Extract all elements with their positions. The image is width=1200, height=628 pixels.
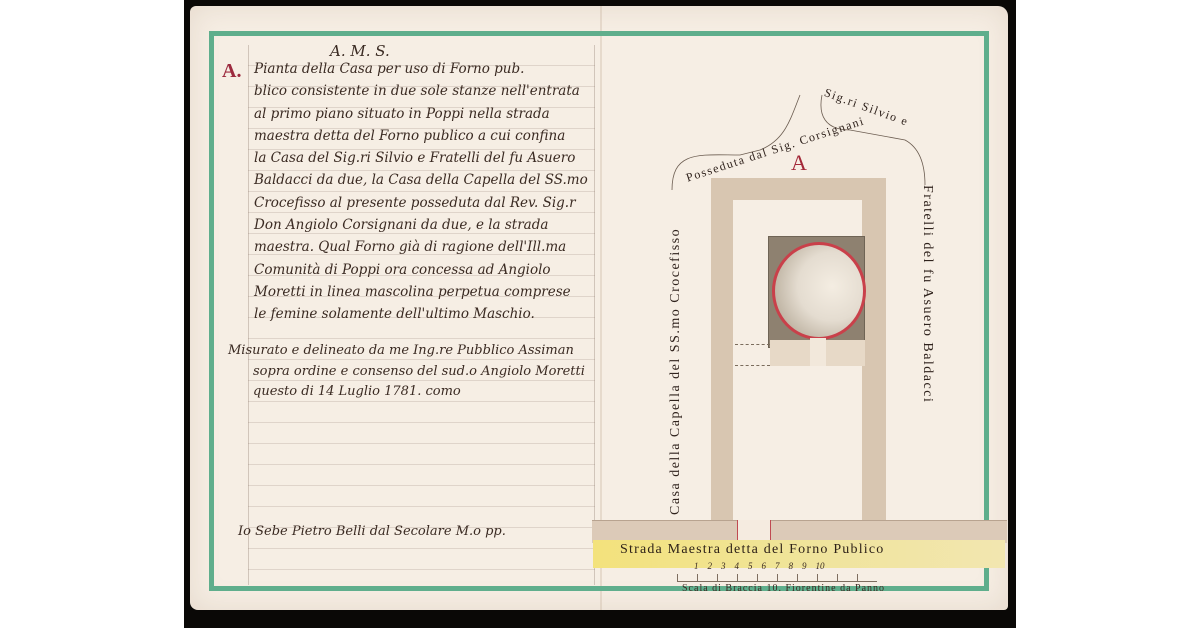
red-letter-marker: A. xyxy=(222,60,241,83)
scale-numbers: 1 2 3 4 5 6 7 8 9 10 xyxy=(694,561,825,571)
description-line: Comunità di Poppi ora concessa ad Angiol… xyxy=(254,259,584,281)
dotted-line xyxy=(735,344,770,345)
description-line: Crocefisso al presente posseduta dal Rev… xyxy=(254,192,584,214)
description-line: al primo piano situato in Poppi nella st… xyxy=(254,103,584,125)
scale-number: 5 xyxy=(748,561,753,571)
dotted-line xyxy=(735,365,770,366)
description-line: blico consistente in due sole stanze nel… xyxy=(254,80,584,102)
attestation-line: questo di 14 Luglio 1781. como xyxy=(228,382,588,403)
description-line: maestra. Qual Forno già di ragione dell'… xyxy=(254,236,584,258)
description-line: Moretti in linea mascolina perpetua comp… xyxy=(254,281,584,303)
scale-number: 2 xyxy=(708,561,713,571)
description-line: maestra detta del Forno publico a cui co… xyxy=(254,125,584,147)
attestation-line: sopra ordine e consenso del sud.o Angiol… xyxy=(228,362,588,383)
scale-number: 3 xyxy=(721,561,726,571)
label-baldacci: Fratelli del fu Asuero Baldacci xyxy=(919,185,935,403)
scale-number: 10 xyxy=(816,561,825,571)
scale-number: 4 xyxy=(735,561,740,571)
description-line: Don Angiolo Corsignani da due, e la stra… xyxy=(254,214,584,236)
description-line: Baldacci da due, la Casa della Capella d… xyxy=(254,169,584,191)
wall-right xyxy=(862,178,886,522)
street-label: Strada Maestra detta del Forno Publico xyxy=(620,542,885,558)
signature: Io Sebe Pietro Belli dal Secolare M.o pp… xyxy=(238,524,506,539)
scale-number: 1 xyxy=(694,561,699,571)
description-line: le femine solamente dell'ultimo Maschio. xyxy=(254,303,584,325)
attestation-paragraph: Misurato e delineato da me Ing.re Pubbli… xyxy=(228,341,588,403)
scale-number: 7 xyxy=(775,561,780,571)
plan-marker-a: A xyxy=(791,150,807,176)
oven-opening xyxy=(810,338,826,366)
description-line: la Casa del Sig.ri Silvio e Fratelli del… xyxy=(254,147,584,169)
scale-number: 6 xyxy=(762,561,767,571)
scale-bar xyxy=(677,574,877,582)
oven-circle xyxy=(772,242,866,340)
attestation-line: Misurato e delineato da me Ing.re Pubbli… xyxy=(228,341,588,362)
entrance-door xyxy=(737,520,771,542)
wall-top xyxy=(711,178,886,200)
wall-left xyxy=(711,178,733,522)
description-line: Pianta della Casa per uso di Forno pub. xyxy=(254,58,584,80)
scale-label: Scala di Braccia 10. Fiorentine da Panno xyxy=(682,583,885,594)
description-paragraph: Pianta della Casa per uso di Forno pub. … xyxy=(254,58,584,326)
label-capella-crocefisso: Casa della Capella del SS.mo Crocefisso xyxy=(668,228,684,515)
scale-number: 8 xyxy=(789,561,794,571)
scale-number: 9 xyxy=(802,561,807,571)
